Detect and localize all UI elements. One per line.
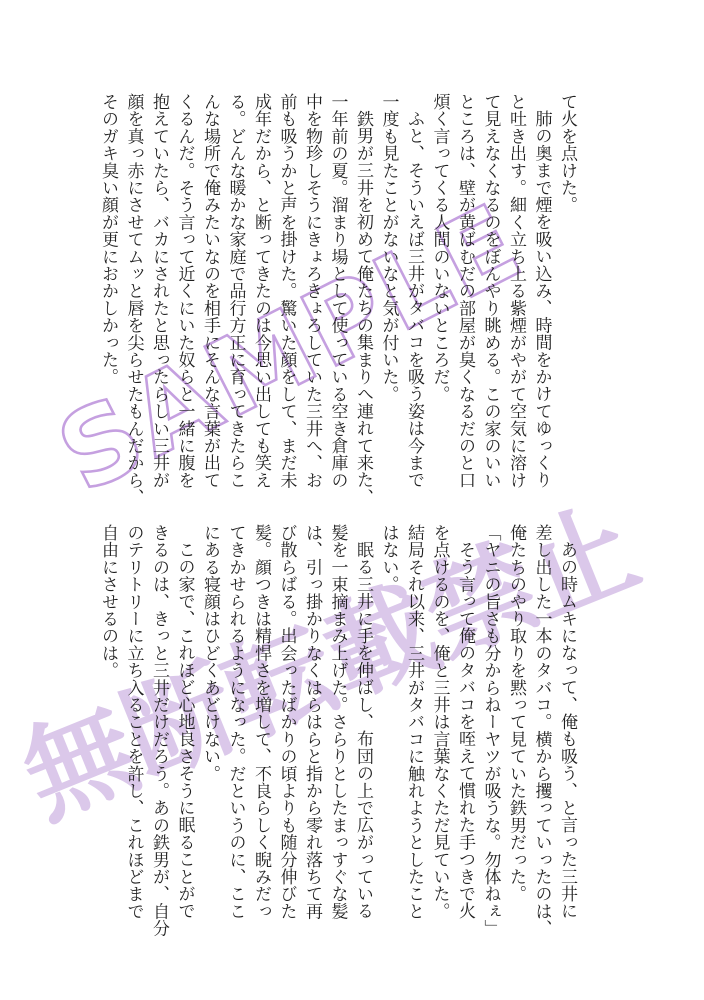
text-column: 一年前の夏。溜まり場として使っている空き倉庫の <box>325 93 351 505</box>
text-column: 中を物珍しそうにきょろきょろしていた三井へ、お <box>300 93 326 505</box>
text-column: ふと、そういえば三井がタバコを吸う姿は今まで <box>402 93 428 505</box>
text-column: くるんだ。そう言って近くにいた奴らと一緒に腹を <box>172 93 198 505</box>
text-column: ところは、壁が黄ばむだの部屋が臭くなるだのと口 <box>453 93 479 505</box>
text-block-bottom: あの時ムキになって、俺も吸う、と言った三井に差し出した一本のタバコ。横から攫って… <box>96 524 581 922</box>
page: SAMPLE 無断転載禁止 て火を点けた。肺の奥まで煙を吸い込み、時間をかけてゆ… <box>0 0 704 1000</box>
text-column: を点けるのを、俺と三井は言葉なくただ見ていた。 <box>427 524 453 922</box>
text-column: 結局それ以来、三井がタバコに触れようとしたこと <box>402 524 428 922</box>
text-column: んな場所で俺みたいなのを相手にそんな言葉が出て <box>198 93 224 505</box>
text-column: 一度も見たことがないなと気が付いた。 <box>376 93 402 505</box>
text-column: てきかせられるようになった。だというのに、ここ <box>223 524 249 922</box>
text-column: 成年だから、と断ってきたのは今思い出しても笑え <box>249 93 275 505</box>
text-column: と吐き出す。細く立ち上る紫煙がやがて空気に溶け <box>504 93 530 505</box>
text-column: 煩く言ってくる人間のいないところだ。 <box>427 93 453 505</box>
text-column: この家で、これほど心地良さそうに眠ることがで <box>172 524 198 922</box>
text-column: る。どんな暖かな家庭で品行方正に育ってきたらこ <box>223 93 249 505</box>
text-column: 「ヤニの旨さも分からねーヤツが吸うな。勿体ねぇ」 <box>478 524 504 922</box>
text-column: はない。 <box>376 524 402 922</box>
text-column: 鉄男が三井を初めて俺たちの集まりへ連れて来た、 <box>351 93 377 505</box>
text-column: のテリトリーに立ち入ることを許し、これほどまで <box>121 524 147 922</box>
text-column: び散らばる。出会ったばかりの頃よりも随分伸びた <box>274 524 300 922</box>
text-column: きるのは、きっと三井だけだろう。あの鉄男が、自分 <box>147 524 173 922</box>
text-column: 俺たちのやり取りを黙って見ていた鉄男だった。 <box>504 524 530 922</box>
text-column: は、引っ掛かりなくはらはらと指から零れ落ちて再 <box>300 524 326 922</box>
text-column: 自由にさせるのは。 <box>96 524 122 922</box>
text-column: 髪を一束摘まみ上げた。さらりとしたまっすぐな髪 <box>325 524 351 922</box>
text-column: にある寝顔はひどくあどけない。 <box>198 524 224 922</box>
text-column: 抱えていたら、バカにされたと思ったらしい三井が <box>147 93 173 505</box>
text-column: て見えなくなるのをぼんやり眺める。この家のいい <box>478 93 504 505</box>
text-column: 顔を真っ赤にさせてムッと唇を尖らせたもんだから、 <box>121 93 147 505</box>
text-column: 差し出した一本のタバコ。横から攫っていったのは、 <box>529 524 555 922</box>
text-column: 前も吸うかと声を掛けた。驚いた顔をして、まだ未 <box>274 93 300 505</box>
text-column: 髪。顔つきは精悍さを増して、不良らしく睨みだっ <box>249 524 275 922</box>
text-block-top: て火を点けた。肺の奥まで煙を吸い込み、時間をかけてゆっくりと吐き出す。細く立ち上… <box>96 93 581 505</box>
text-column: そのガキ臭い顔が更におかしかった。 <box>96 93 122 505</box>
text-column: 眠る三井に手を伸ばし、布団の上で広がっている <box>351 524 377 922</box>
text-column: 肺の奥まで煙を吸い込み、時間をかけてゆっくり <box>529 93 555 505</box>
text-column: て火を点けた。 <box>555 93 581 505</box>
text-column: そう言って俺のタバコを咥えて慣れた手つきで火 <box>453 524 479 922</box>
text-column: あの時ムキになって、俺も吸う、と言った三井に <box>555 524 581 922</box>
